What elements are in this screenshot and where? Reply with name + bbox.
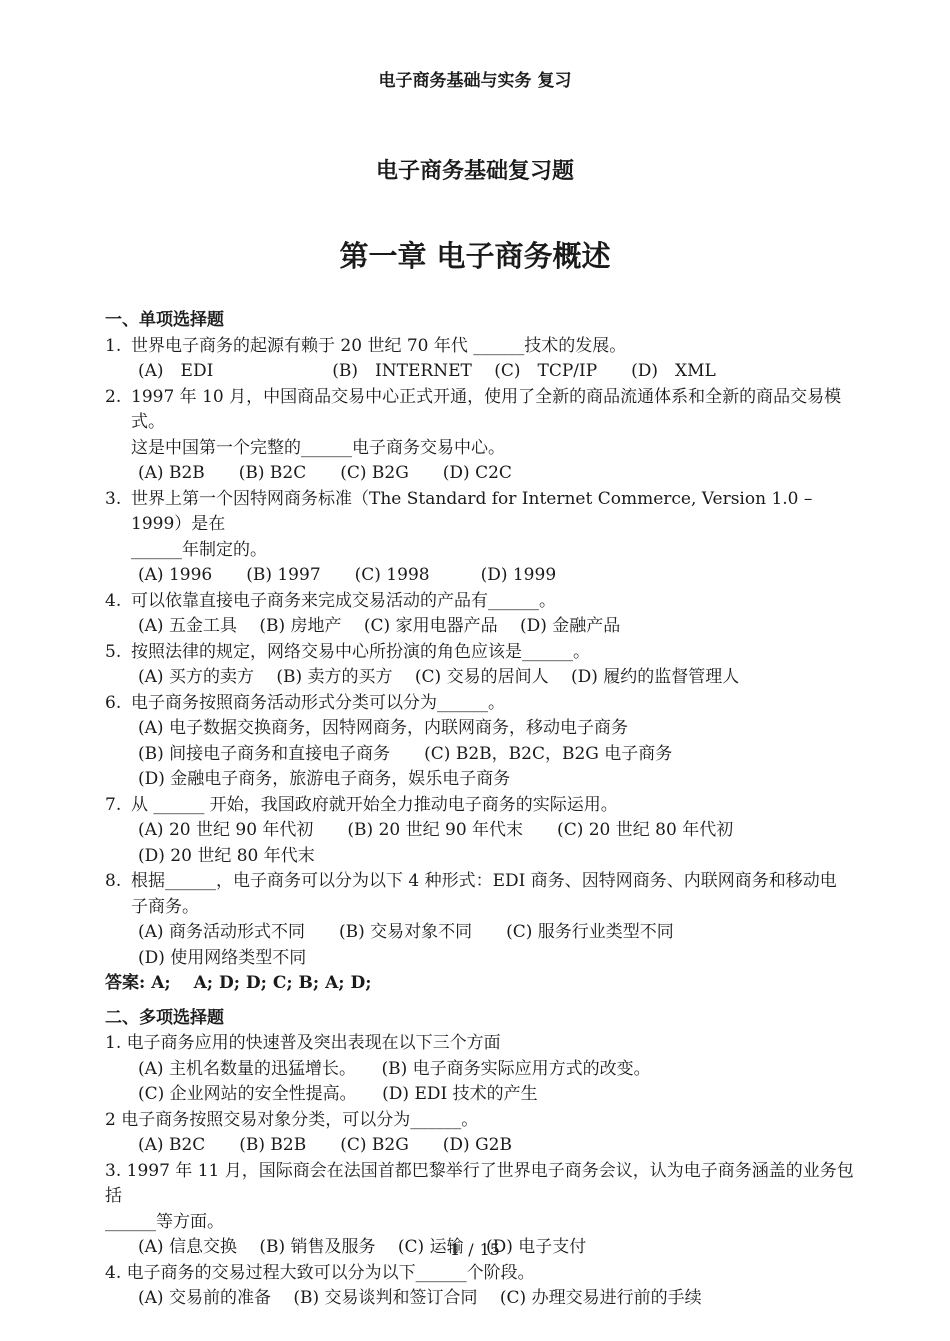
s1-q6-text: 电子商务按照商务活动形式分类可以分为______。 [131, 691, 866, 717]
s1-answers-line: 答案: A; A; D; D; C; B; A; D; [105, 971, 866, 997]
s1-q2-text-line2: 这是中国第一个完整的______电子商务交易中心。 [131, 436, 866, 462]
section2-heading: 二、多项选择题 [105, 1006, 866, 1032]
page-number-separator: / [468, 1240, 473, 1259]
s1-question-6: 6.电子商务按照商务活动形式分类可以分为______。 [105, 691, 866, 717]
chapter-heading: 第一章 电子商务概述 [0, 234, 950, 275]
s1-q3-text-line2: ______年制定的。 [131, 538, 866, 564]
s1-q1-text: 世界电子商务的起源有赖于 20 世纪 70 年代 ______技术的发展。 [131, 334, 866, 360]
s1-question-3: 3.世界上第一个因特网商务标准（The Standard for Interne… [105, 487, 866, 538]
s1-question-4: 4.可以依靠直接电子商务来完成交易活动的产品有______。 [105, 589, 866, 615]
section1-heading: 一、单项选择题 [105, 308, 866, 334]
s1-q7-text: 从 ______ 开始，我国政府就开始全力推动电子商务的实际运用。 [131, 793, 866, 819]
s1-q6-option-d: (D) 金融电子商务，旅游电子商务，娱乐电子商务 [138, 767, 866, 793]
s1-q8-text-line2: 子商务。 [131, 895, 866, 921]
s2-q1-options-cd: (C) 企业网站的安全性提高。 (D) EDI 技术的产生 [138, 1082, 866, 1108]
s1-question-7: 7.从 ______ 开始，我国政府就开始全力推动电子商务的实际运用。 [105, 793, 866, 819]
s1-q5-options: (A) 买方的卖方 (B) 卖方的买方 (C) 交易的居间人 (D) 履约的监督… [138, 665, 866, 691]
s1-q6-number: 6. [105, 691, 131, 717]
page-number-current: 1 [450, 1240, 460, 1259]
s1-q6-option-a: (A) 电子数据交换商务，因特网商务，内联网商务，移动电子商务 [138, 716, 866, 742]
s2-q2-options: (A) B2C (B) B2B (C) B2G (D) G2B [138, 1133, 866, 1159]
s1-q1-number: 1. [105, 334, 131, 360]
s2-question-1: 1. 电子商务应用的快速普及突出表现在以下三个方面 [105, 1031, 866, 1057]
s1-q8-option-d: (D) 使用网络类型不同 [138, 946, 866, 972]
s2-q1-options-ab: (A) 主机名数量的迅猛增长。 (B) 电子商务实际应用方式的改变。 [138, 1057, 866, 1083]
running-header: 电子商务基础与实务 复习 [0, 66, 950, 91]
s1-q2-text-line1: 1997 年 10 月，中国商品交易中心正式开通，使用了全新的商品流通体系和全新… [131, 385, 866, 436]
document-title: 电子商务基础复习题 [0, 154, 950, 185]
s1-q8-text-line1: 根据______，电子商务可以分为以下 4 种形式：EDI 商务、因特网商务、内… [131, 869, 866, 895]
s2-question-2: 2 电子商务按照交易对象分类，可以分为______。 [105, 1108, 866, 1134]
s1-question-1: 1.世界电子商务的起源有赖于 20 世纪 70 年代 ______技术的发展。 [105, 334, 866, 360]
s1-q3-options: (A) 1996 (B) 1997 (C) 1998 (D) 1999 [138, 563, 866, 589]
s1-q7-options-abc: (A) 20 世纪 90 年代初 (B) 20 世纪 90 年代末 (C) 20… [138, 818, 866, 844]
s2-question-3-line1: 3. 1997 年 11 月，国际商会在法国首都巴黎举行了世界电子商务会议，认为… [105, 1159, 866, 1210]
s1-q5-text: 按照法律的规定，网络交易中心所扮演的角色应该是______。 [131, 640, 866, 666]
s1-question-5: 5.按照法律的规定，网络交易中心所扮演的角色应该是______。 [105, 640, 866, 666]
s1-q4-text: 可以依靠直接电子商务来完成交易活动的产品有______。 [131, 589, 866, 615]
s1-q4-number: 4. [105, 589, 131, 615]
s2-q4-options: (A) 交易前的准备 (B) 交易谈判和签订合同 (C) 办理交易进行前的手续 [138, 1286, 866, 1312]
s1-q4-options: (A) 五金工具 (B) 房地产 (C) 家用电器产品 (D) 金融产品 [138, 614, 866, 640]
document-page: 电子商务基础与实务 复习 电子商务基础复习题 第一章 电子商务概述 一、单项选择… [0, 0, 950, 1341]
page-number-total: 15 [480, 1240, 500, 1259]
s1-q6-options-bc: (B) 间接电子商务和直接电子商务 (C) B2B，B2C，B2G 电子商务 [138, 742, 866, 768]
s2-question-4: 4. 电子商务的交易过程大致可以分为以下______个阶段。 [105, 1261, 866, 1287]
s1-question-2: 2.1997 年 10 月，中国商品交易中心正式开通，使用了全新的商品流通体系和… [105, 385, 866, 436]
s1-q3-number: 3. [105, 487, 131, 538]
s1-question-8: 8.根据______，电子商务可以分为以下 4 种形式：EDI 商务、因特网商务… [105, 869, 866, 895]
s1-q2-number: 2. [105, 385, 131, 436]
s1-q7-option-d: (D) 20 世纪 80 年代末 [138, 844, 866, 870]
s1-q5-number: 5. [105, 640, 131, 666]
s1-q8-options-abc: (A) 商务活动形式不同 (B) 交易对象不同 (C) 服务行业类型不同 [138, 920, 866, 946]
s1-q1-options: (A) EDI (B) INTERNET (C) TCP/IP (D) XML [138, 359, 866, 385]
s2-question-3-line2: ______等方面。 [105, 1210, 866, 1236]
s1-q2-options: (A) B2B (B) B2C (C) B2G (D) C2C [138, 461, 866, 487]
s1-q7-number: 7. [105, 793, 131, 819]
s1-q3-text-line1: 世界上第一个因特网商务标准（The Standard for Internet … [131, 487, 866, 538]
s1-q8-number: 8. [105, 869, 131, 895]
page-footer: 1/15 [0, 1240, 950, 1259]
page-content: 一、单项选择题 1.世界电子商务的起源有赖于 20 世纪 70 年代 _____… [105, 308, 866, 1312]
